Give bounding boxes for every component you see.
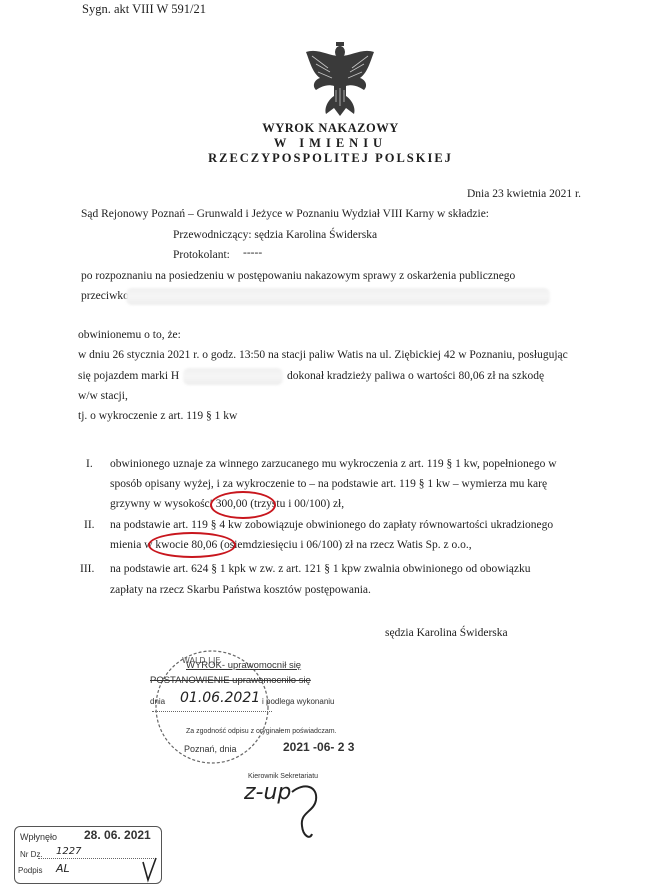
charge-line-3: w/w stacji, <box>78 390 128 402</box>
proceeding-text: po rozpoznaniu na posiedzeniu w postępow… <box>81 270 515 282</box>
title-wyrok-nakazowy: WYROK NAKAZOWY <box>0 121 661 136</box>
document-date: Dnia 23 kwietnia 2021 r. <box>467 188 581 200</box>
redacted-vehicle <box>183 368 283 385</box>
signature-flourish-icon <box>288 782 328 842</box>
ruling-1-line-2: sposób opisany wyżej, i za wykroczenie t… <box>110 478 547 490</box>
restitution-amount-highlight <box>148 532 236 558</box>
stamp-certification-date: 2021 -06- 2 3 <box>283 740 354 754</box>
ruling-1-line-1: obwinionego uznaje za winnego zarzucaneg… <box>110 458 557 470</box>
stamp-dnia-label: dnia <box>150 697 165 706</box>
charge-intro: obwinionemu o to, że: <box>78 329 181 341</box>
ruling-3-numeral: III. <box>80 563 94 575</box>
title-rzeczypospolitej: RZECZYPOSPOLITEJ POLSKIEJ <box>0 151 661 166</box>
judge-signature: sędzia Karolina Świderska <box>385 627 508 639</box>
ruling-1-numeral: I. <box>86 458 93 470</box>
charge-line-4: tj. o wykroczenie z art. 119 § 1 kw <box>78 410 237 422</box>
clerk-label: Protokolant: <box>173 249 230 261</box>
clerk-value: ----- <box>243 247 262 259</box>
inbox-sign-value: AL <box>56 862 70 875</box>
inbox-number-value: 1227 <box>56 846 81 857</box>
stamp-poznan-label: Poznań, dnia <box>184 744 237 754</box>
charge-line-1: w dniu 26 stycznia 2021 r. o godz. 13:50… <box>78 349 568 361</box>
case-signature: Sygn. akt VIII W 591/21 <box>82 2 206 17</box>
presiding-judge: Przewodniczący: sędzia Karolina Świdersk… <box>173 229 377 241</box>
against-label: przeciwko <box>81 290 129 302</box>
stamp-certification-text: Za zgodność odpisu z oryginałem poświadc… <box>186 728 337 735</box>
fine-amount-highlight <box>210 491 276 519</box>
stamp-line-postanowienie: POSTANOWIENIE uprawomocniło się <box>150 675 311 686</box>
stamp-role: Kierownik Sekretariatu <box>248 773 318 780</box>
stamp-enforcement-text: i podlega wykonaniu <box>262 697 335 706</box>
ruling-3-line-2: zapłaty na rzecz Skarbu Państwa kosztów … <box>110 584 371 596</box>
charge-line-2-start: się pojazdem marki H <box>78 370 179 382</box>
inbox-sign-label: Podpis <box>18 866 42 875</box>
title-w-imieniu: W IMIENIU <box>0 136 661 151</box>
stamp-handwritten-signature: z-up <box>244 780 291 805</box>
stamp-dotted-line <box>152 711 272 712</box>
redacted-defendant-name <box>126 288 550 305</box>
stamp-line-wyrok: WYROK- uprawomocnił się <box>186 660 301 671</box>
polish-eagle-emblem-icon <box>298 38 382 118</box>
inbox-received-date: 28. 06. 2021 <box>84 828 151 842</box>
inbox-check-mark-icon <box>140 854 160 884</box>
ruling-2-numeral: II. <box>84 519 95 531</box>
stamp-validity-date: 01.06.2021 <box>180 690 260 706</box>
ruling-2-line-1: na podstawie art. 119 § 4 kw zobowiązuje… <box>110 519 553 531</box>
inbox-dotted-line <box>38 858 156 859</box>
charge-line-2-end: dokonał kradzieży paliwa o wartości 80,0… <box>287 370 544 382</box>
inbox-received-label: Wpłynęło <box>20 832 57 842</box>
ruling-3-line-1: na podstawie art. 624 § 1 kpk w zw. z ar… <box>110 563 531 575</box>
court-name: Sąd Rejonowy Poznań – Grunwald i Jeżyce … <box>81 208 489 220</box>
